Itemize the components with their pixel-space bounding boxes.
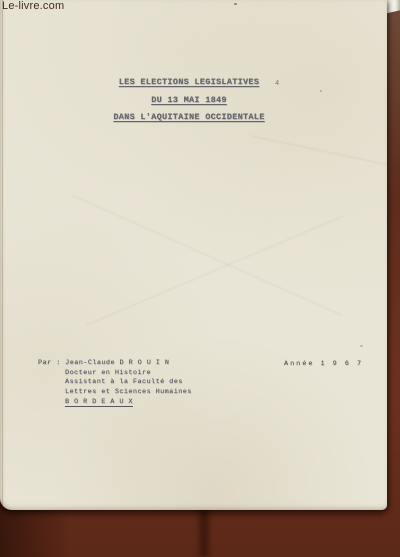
author-title-line: Docteur en Histoire — [65, 369, 192, 379]
author-name-line: Par : Jean-Claude D R O U I N — [38, 359, 192, 369]
paper-speck — [360, 345, 363, 347]
table-wood-streak — [196, 505, 212, 557]
paper-crease — [86, 215, 344, 325]
paper-speck — [234, 3, 237, 5]
paper-speck — [320, 90, 322, 92]
author-block: Par : Jean-Claude D R O U I N Docteur en… — [38, 359, 192, 408]
watermark: Le-livre.com — [2, 0, 64, 12]
title-line-1: LES ELECTIONS LEGISLATIVES — [94, 74, 284, 92]
author-affiliation-line-1: Assistant à la Faculté des — [65, 378, 192, 388]
year-label: Année 1 9 6 7 — [284, 360, 363, 368]
title-line-2: DU 13 MAI 1849 — [94, 92, 284, 110]
photographed-document: Le-livre.com LES ELECTIONS LEGISLATIVES … — [0, 0, 400, 557]
paper-edge-line — [2, 0, 3, 505]
paper-crease — [73, 195, 343, 316]
title-line-3: DANS L'AQUITAINE OCCIDENTALE — [94, 109, 284, 127]
author-city-line: B O R D E A U X — [65, 398, 192, 408]
document-page: Le-livre.com LES ELECTIONS LEGISLATIVES … — [0, 0, 387, 510]
table-shadow — [0, 502, 70, 557]
paper-crease — [251, 135, 388, 165]
stray-typewriter-mark: 4 — [275, 80, 279, 88]
author-affiliation-line-2: Lettres et Sciences Humaines — [65, 388, 192, 398]
author-city: B O R D E A U X — [65, 398, 133, 408]
title-block: LES ELECTIONS LEGISLATIVES DU 13 MAI 184… — [94, 74, 284, 127]
